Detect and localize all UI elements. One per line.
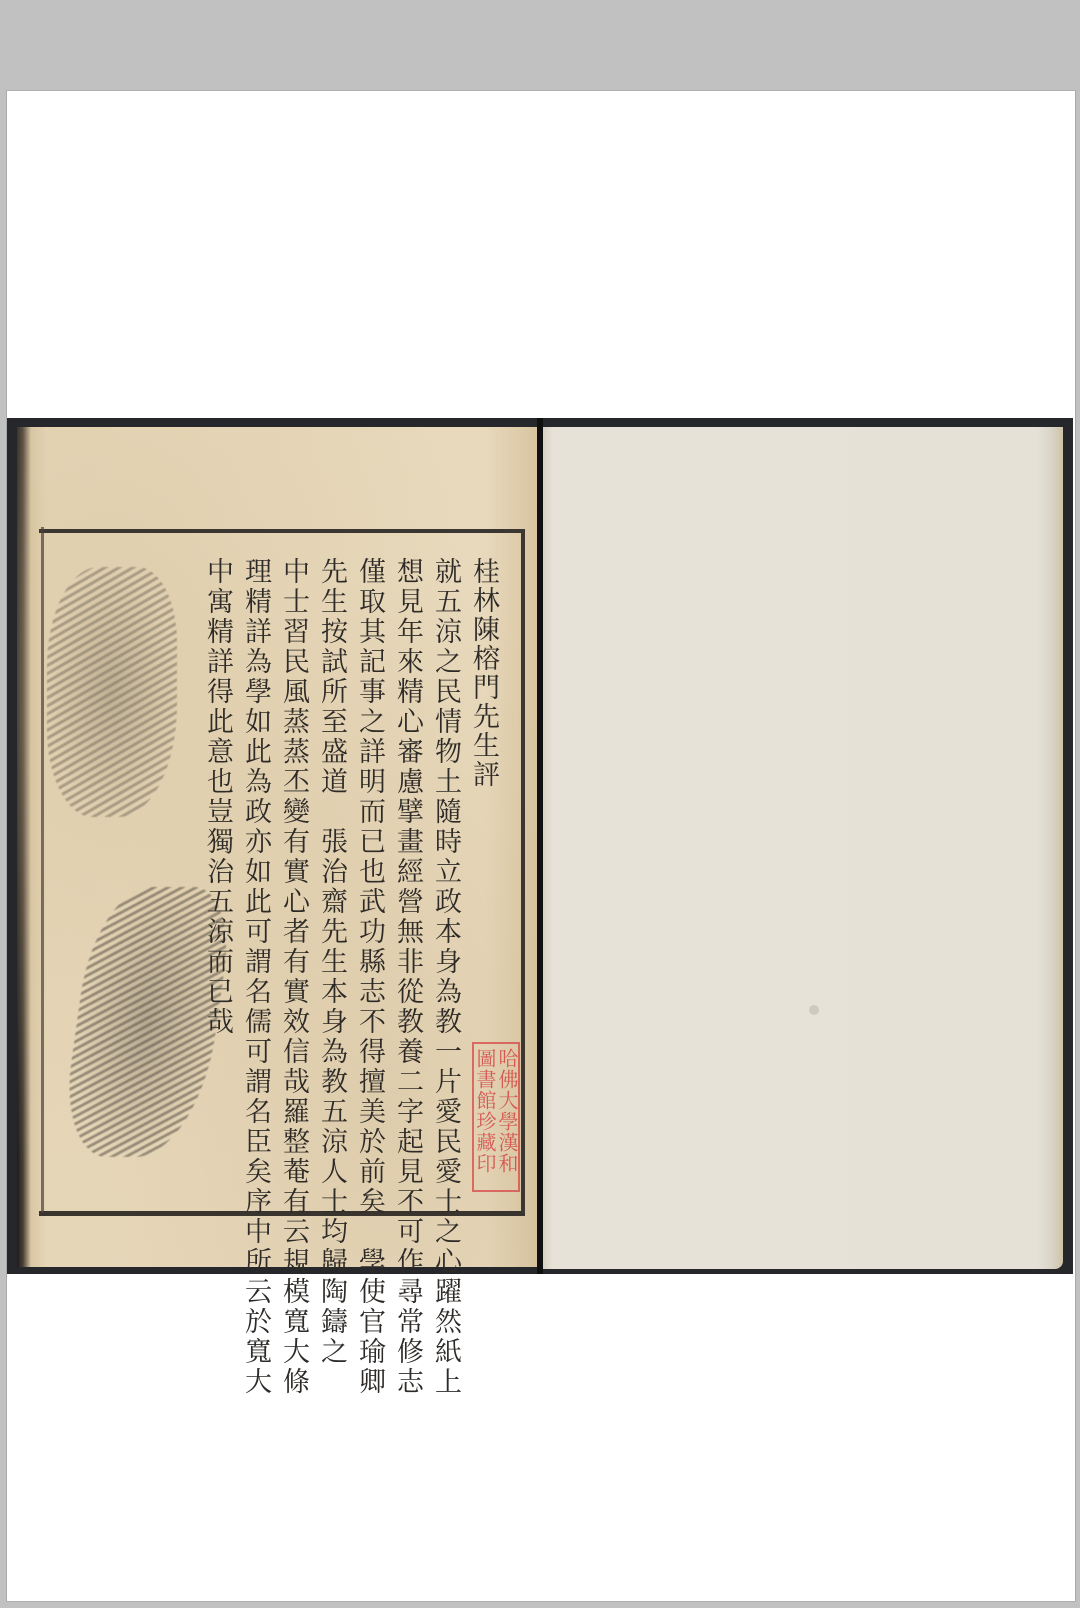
right-page-blank xyxy=(543,427,1063,1269)
library-seal-stamp: 哈佛大學漢和 圖書館珍藏印 xyxy=(472,1042,520,1192)
text-column: 中士習民風蒸蒸丕變有實心者有實效信哉羅整菴有云規模寬大條 xyxy=(277,557,307,1197)
book-scan-spread: 桂林陳榕門先生評 就五涼之民情物土隨時立政本身為教一片愛民愛士之心躍然紙上 想見… xyxy=(7,418,1073,1274)
text-column: 想見年來精心審慮擘畫經營無非從教養二字起見不可作尋常修志 xyxy=(391,557,421,1197)
text-column: 僅取其記事之詳明而已也武功縣志不得擅美於前矣 學使官瑜卿 xyxy=(353,557,383,1197)
text-column: 中寓精詳得此意也豈獨治五涼而已哉 xyxy=(201,557,231,1197)
commentary-text: 桂林陳榕門先生評 就五涼之民情物土隨時立政本身為教一片愛民愛士之心躍然紙上 想見… xyxy=(201,557,497,1197)
ink-rubbing-smudge-top xyxy=(47,567,177,817)
seal-text-column: 圖書館珍藏印 xyxy=(475,1048,495,1186)
printed-border-left-line xyxy=(41,527,44,1213)
text-column: 就五涼之民情物土隨時立政本身為教一片愛民愛士之心躍然紙上 xyxy=(429,557,459,1197)
text-column: 先生按試所至盛道 張治齋先生本身為教五涼人士均歸陶鑄之 xyxy=(315,557,345,1197)
seal-text-column: 哈佛大學漢和 xyxy=(497,1048,517,1186)
left-page: 桂林陳榕門先生評 就五涼之民情物土隨時立政本身為教一片愛民愛士之心躍然紙上 想見… xyxy=(17,427,537,1267)
paper-speck xyxy=(809,1005,819,1015)
text-column: 理精詳為學如此為政亦如此可謂名儒可謂名臣矣序中所云於寬大 xyxy=(239,557,269,1197)
